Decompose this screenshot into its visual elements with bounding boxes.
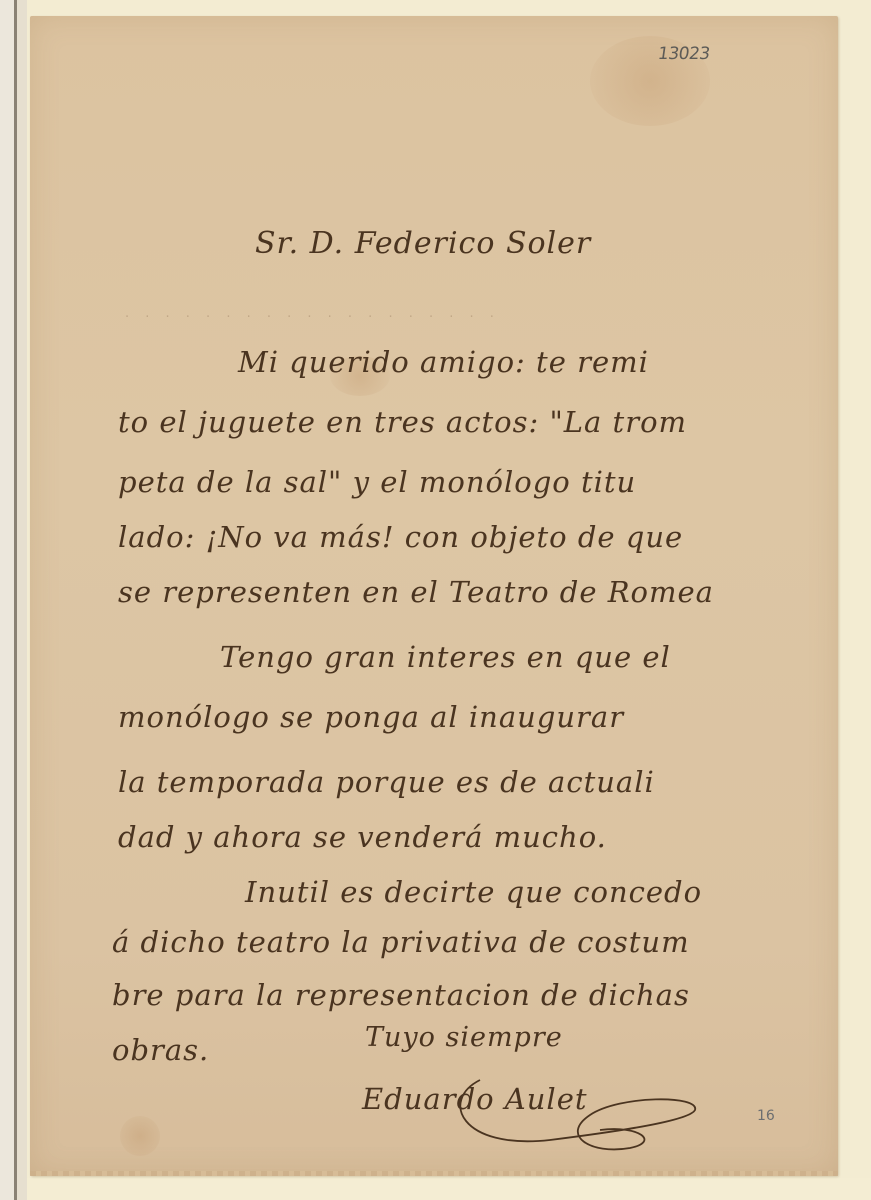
letter-line: monólogo se ponga al inaugurar: [118, 700, 624, 734]
page-number: 16: [757, 1108, 775, 1124]
signature-flourish: [440, 1070, 710, 1160]
letter-line: Mi querido amigo: te remi: [238, 345, 649, 379]
catalog-number: 13023: [657, 44, 711, 64]
letter-line: se representen en el Teatro de Romea: [118, 575, 714, 609]
show-through-text: · · · · · · · · · · · · · · · · · · ·: [125, 310, 500, 325]
letter-line: peta de la sal" y el monólogo titu: [118, 465, 636, 499]
closing-line: Tuyo siempre: [365, 1022, 563, 1053]
scan-background: [27, 1178, 871, 1200]
letter-line: la temporada porque es de actuali: [118, 765, 655, 799]
letter-line: á dicho teatro la privativa de costum: [112, 925, 690, 959]
letter-line: Inutil es decirte que concedo: [245, 875, 702, 909]
letter-line: obras.: [112, 1033, 209, 1067]
letter-line: bre para la representacion de dichas: [112, 978, 690, 1012]
scan-mount-edge: [0, 0, 14, 1200]
paper-stain: [120, 1116, 160, 1156]
letter-line: Tengo gran interes en que el: [220, 640, 671, 674]
letter-line: to el juguete en tres actos: "La trom: [118, 405, 687, 439]
scan-mount-strip: [17, 0, 27, 1200]
letter-line: dad y ahora se venderá mucho.: [118, 820, 607, 854]
letter-line: lado: ¡No va más! con objeto de que: [118, 520, 683, 554]
addressee-line: Sr. D. Federico Soler: [255, 226, 591, 261]
